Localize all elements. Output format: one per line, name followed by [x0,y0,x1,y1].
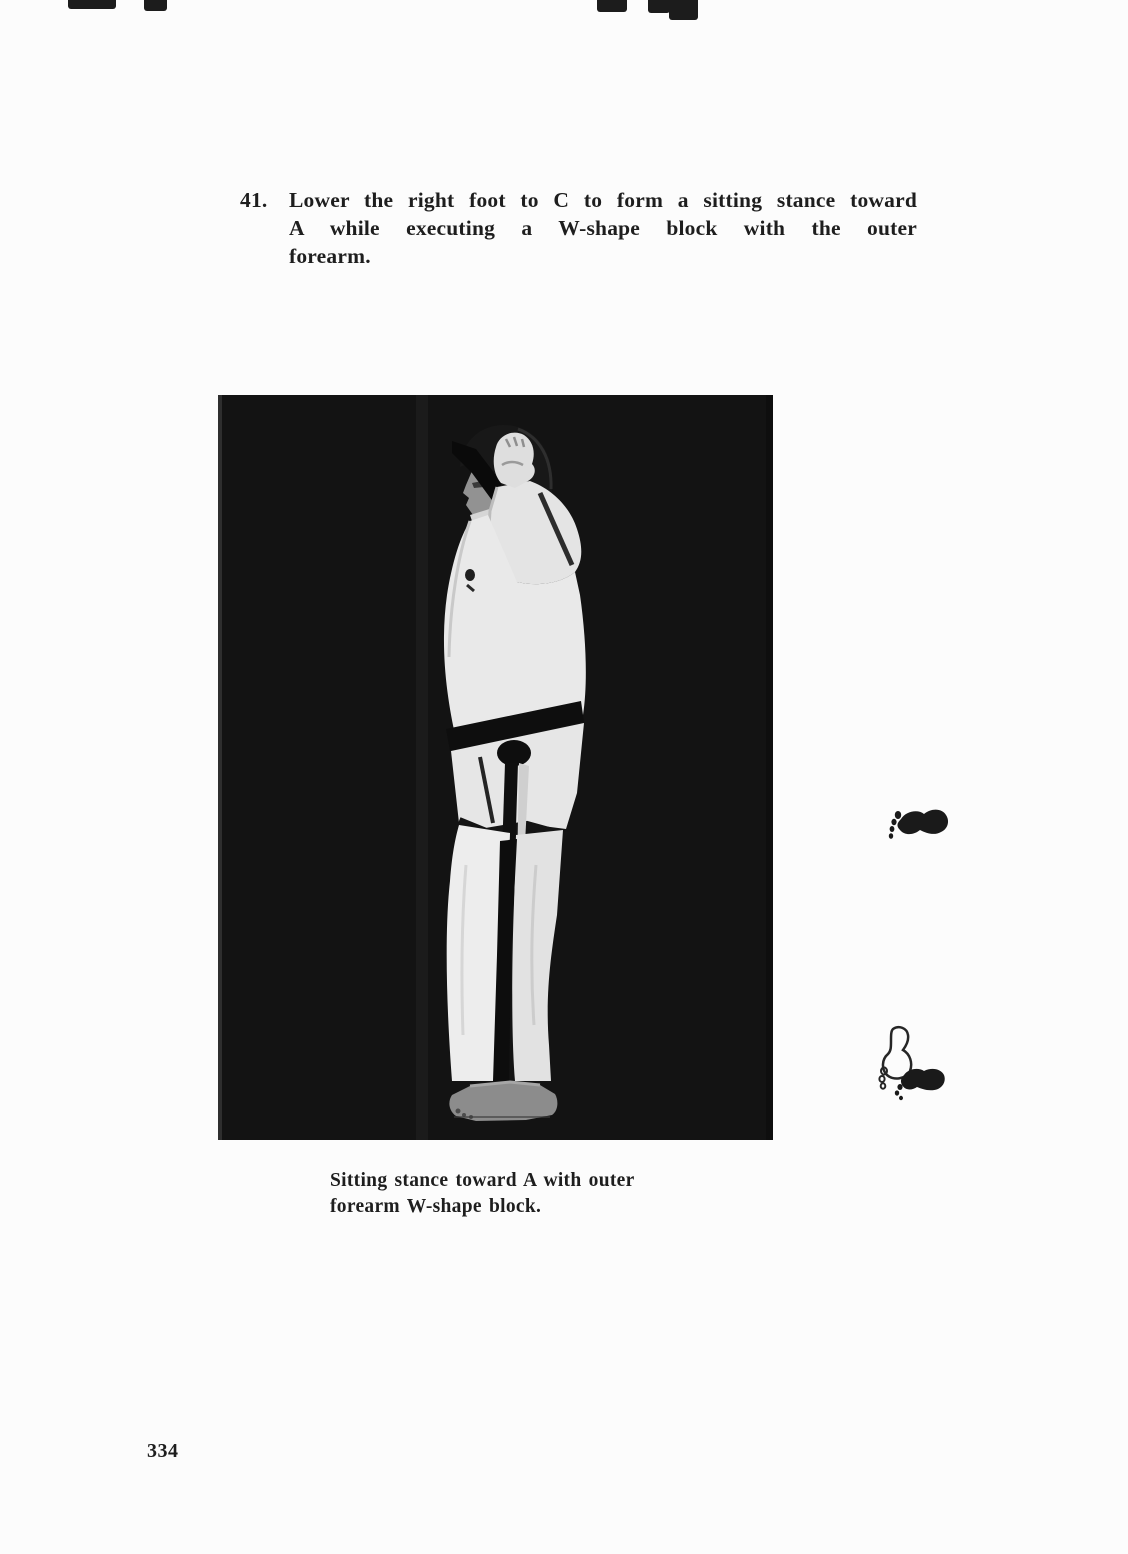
caption-line-2: forearm W-shape block. [330,1194,690,1220]
instruction-line: 41. Lower the right foot to C to form a … [240,186,917,214]
instruction-paragraph: 41. Lower the right foot to C to form a … [240,186,917,270]
footprint-diagram-lower [866,1023,976,1113]
stance-photograph [218,395,773,1140]
book-page: { "page": { "background_color": "#fcfcfc… [0,0,1128,1554]
scan-artifact-mark [648,0,670,13]
instruction-text-line-2: A while executing a W-shape block with t… [289,214,917,242]
foot-movement-icon [866,1023,976,1108]
caption-line-1: Sitting stance toward A with outer [330,1168,690,1194]
photo-caption: Sitting stance toward A with outer forea… [330,1168,690,1220]
page-number: 334 [147,1440,179,1463]
scan-artifact-mark [68,0,116,9]
practitioner-figure-illustration [218,395,773,1140]
instruction-text-line-1: Lower the right foot to C to form a sitt… [289,186,917,214]
solid-footprint-icon [868,795,968,870]
instruction-number: 41. [240,186,289,214]
instruction-text-line-3: forearm. [289,242,917,270]
scan-artifact-mark [144,0,167,11]
scan-artifact-mark [669,0,698,20]
scan-artifact-mark [597,0,627,12]
footprint-diagram-upper [868,795,968,875]
